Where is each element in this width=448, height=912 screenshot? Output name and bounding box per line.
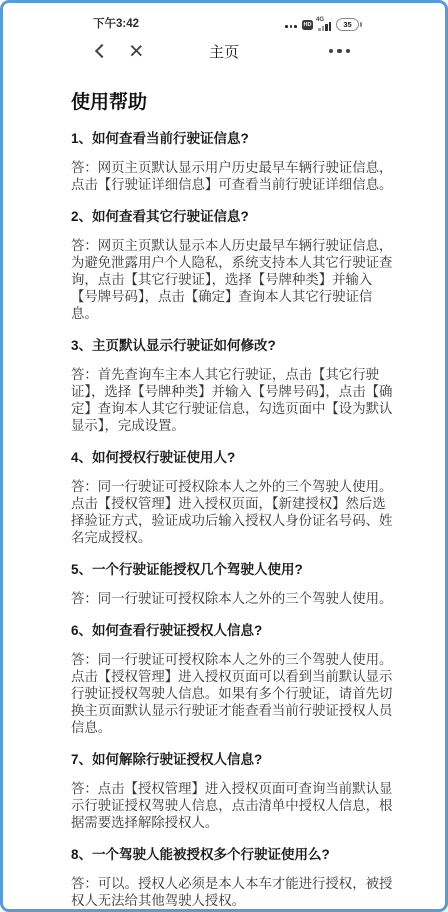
more-dots-icon xyxy=(329,49,334,54)
battery-level: 35 xyxy=(336,18,359,31)
status-time: 下午3:42 xyxy=(93,17,139,31)
faq-item: 6、如何查看行驶证授权人信息? 答：同一行驶证可授权除本人之外的三个驾驶人使用。… xyxy=(71,622,395,736)
faq-question: 3、主页默认显示行驶证如何修改? xyxy=(71,337,395,354)
battery-nub xyxy=(360,22,362,27)
faq-answer: 答：同一行驶证可授权除本人之外的三个驾驶人使用。点击【授权管理】进入授权页面可以… xyxy=(71,651,395,736)
faq-item: 1、如何查看当前行驶证信息? 答：网页主页默认显示用户历史最早车辆行驶证信息，点… xyxy=(71,130,395,193)
close-button[interactable]: × xyxy=(129,41,144,61)
faq-answer: 答：点击【授权管理】进入授权页面可查询当前默认显示行驶证授权驾驶人信息，点击清单… xyxy=(71,780,395,831)
volte-hd-icon: HD xyxy=(302,20,313,30)
faq-question: 2、如何查看其它行驶证信息? xyxy=(71,208,395,225)
page-title: 使用帮助 xyxy=(71,91,395,115)
help-page: 使用帮助 1、如何查看当前行驶证信息? 答：网页主页默认显示用户历史最早车辆行驶… xyxy=(3,71,445,909)
chevron-left-icon xyxy=(95,44,109,58)
more-menu-button[interactable] xyxy=(329,49,351,54)
close-icon: × xyxy=(129,41,144,61)
nav-title: 主页 xyxy=(3,31,445,71)
faq-item: 8、一个驾驶人能被授权多个行驶证使用么? 答：可以。授权人必须是本人本车才能进行… xyxy=(71,846,395,909)
status-bar: 下午3:42 HD 4G 35 xyxy=(3,3,445,31)
nav-left-group: × xyxy=(97,41,144,61)
faq-item: 3、主页默认显示行驶证如何修改? 答：首先查询车主本人其它行驶证，点击【其它行驶… xyxy=(71,337,395,434)
faq-question: 4、如何授权行驶证使用人? xyxy=(71,449,395,466)
faq-item: 5、一个行驶证能授权几个驾驶人使用? 答：同一行驶证可授权除本人之外的三个驾驶人… xyxy=(71,561,395,607)
battery-icon: 35 xyxy=(336,18,362,31)
faq-answer: 答：同一行驶证可授权除本人之外的三个驾驶人使用。 xyxy=(71,590,395,607)
faq-question: 5、一个行驶证能授权几个驾驶人使用? xyxy=(71,561,395,578)
faq-list: 1、如何查看当前行驶证信息? 答：网页主页默认显示用户历史最早车辆行驶证信息，点… xyxy=(71,130,395,909)
faq-answer: 答：网页主页默认显示用户历史最早车辆行驶证信息，点击【行驶证详细信息】可查看当前… xyxy=(71,159,395,193)
network-type-label: 4G xyxy=(316,17,319,23)
faq-answer: 答：可以。授权人必须是本人本车才能进行授权，被授权人无法给其他驾驶人授权。 xyxy=(71,875,395,909)
faq-question: 8、一个驾驶人能被授权多个行驶证使用么? xyxy=(71,846,395,863)
faq-question: 6、如何查看行驶证授权人信息? xyxy=(71,622,395,639)
faq-question: 1、如何查看当前行驶证信息? xyxy=(71,130,395,147)
faq-question: 7、如何解除行驶证授权人信息? xyxy=(71,751,395,768)
faq-item: 7、如何解除行驶证授权人信息? 答：点击【授权管理】进入授权页面可查询当前默认显… xyxy=(71,751,395,831)
faq-answer: 答：网页主页默认显示本人历史最早车辆行驶证信息，为避免泄露用户个人隐私，系统支持… xyxy=(71,237,395,322)
faq-item: 4、如何授权行驶证使用人? 答：同一行驶证可授权除本人之外的三个驾驶人使用。点击… xyxy=(71,449,395,546)
back-button[interactable] xyxy=(97,46,107,56)
faq-answer: 答：同一行驶证可授权除本人之外的三个驾驶人使用。点击【授权管理】进入授权页面，【… xyxy=(71,478,395,546)
cellular-signal-icon: 4G xyxy=(318,18,331,31)
faq-answer: 答：首先查询车主本人其它行驶证，点击【其它行驶证】，选择【号牌种类】并输入【号牌… xyxy=(71,366,395,434)
faq-item: 2、如何查看其它行驶证信息? 答：网页主页默认显示本人历史最早车辆行驶证信息，为… xyxy=(71,208,395,322)
status-icons: HD 4G 35 xyxy=(285,17,362,31)
nav-bar: × 主页 xyxy=(3,31,445,71)
phone-frame: 下午3:42 HD 4G 35 × 主页 xyxy=(0,0,448,912)
